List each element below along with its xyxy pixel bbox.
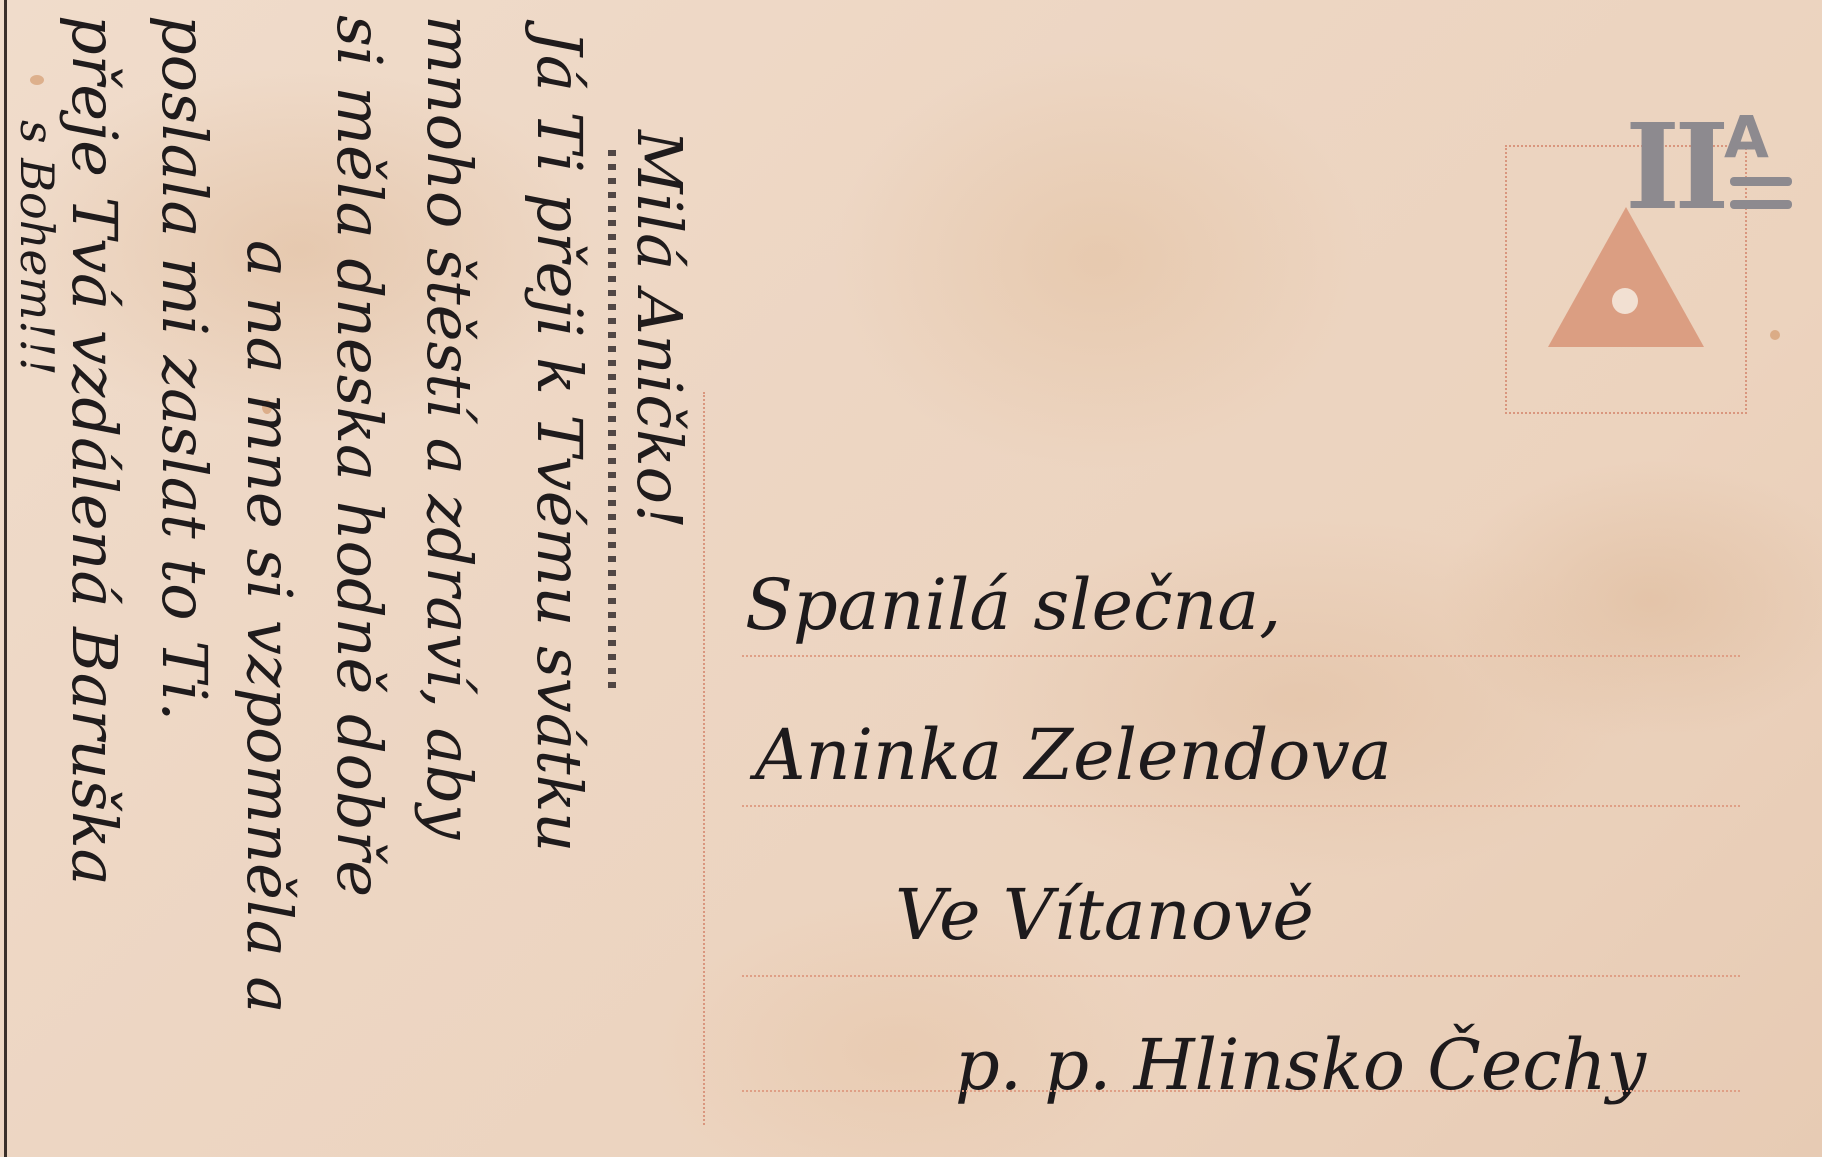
postcard-back: Milá Aničko! Já Ti přeji k Tvému svátku … (0, 0, 1822, 1157)
vertical-divider (703, 392, 705, 1125)
address-rule (742, 805, 1740, 807)
message-line: a na mne si vzpomněla a (238, 240, 300, 1013)
stamp-underline (1730, 200, 1792, 209)
decorative-underline (608, 150, 616, 690)
address-name: Aninka Zelendova (755, 720, 1392, 790)
foxing-spot (1770, 330, 1780, 340)
address-rule (742, 655, 1740, 657)
stamp-class-numeral: II (1625, 108, 1723, 226)
stamp-class-letter: A (1724, 108, 1769, 166)
message-line: Já Ti přeji k Tvému svátku (528, 30, 590, 852)
message-line: si měla dneska hodně dobře (328, 15, 390, 897)
address-rule (742, 975, 1740, 977)
eye-icon (1612, 288, 1638, 314)
address-rule (742, 1090, 1740, 1092)
address-village: Ve Vítanově (895, 880, 1314, 950)
message-line-closing: s Bohem!!! (14, 120, 60, 376)
foxing-spot (30, 75, 44, 85)
message-line-greeting: Milá Aničko! (628, 130, 690, 529)
message-line: poslala mi zaslat to Ti. (153, 15, 215, 721)
message-line: přeje Tvá vzdálená Baruška (63, 15, 125, 886)
message-line: mnoho štěstí a zdraví, aby (418, 15, 480, 839)
card-edge (4, 0, 7, 1157)
address-salutation: Spanilá slečna, (745, 570, 1281, 640)
stamp-underline (1730, 177, 1792, 186)
